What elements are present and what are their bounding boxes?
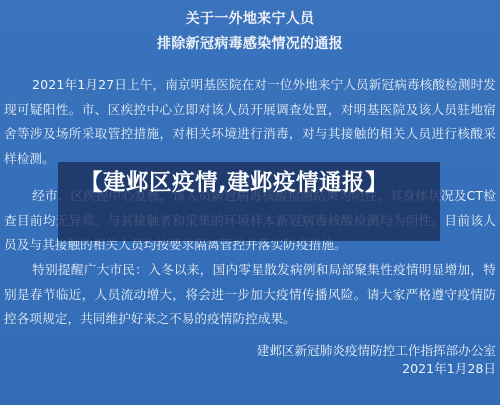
notice-paragraph-3: 特别提醒广大市民：入冬以来，国内零星散发病例和局部聚集性疫情明显增加，特别是春节…: [4, 258, 496, 332]
notice-title-line2: 排除新冠病毒感染情况的通报: [0, 33, 500, 53]
paragraph-text: 2021年1月27日上午，南京明基医院在对一位外地来宁人员新冠病毒核酸检测时发现…: [4, 77, 496, 166]
headline-overlay: 【建邺区疫情,建邺疫情通报】: [58, 162, 440, 241]
overlay-headline: 【建邺区疫情,建邺疫情通报】: [80, 167, 430, 199]
notice-paragraph-1: 2021年1月27日上午，南京明基医院在对一位外地来宁人员新冠病毒核酸检测时发现…: [4, 73, 496, 171]
signature-date: 2021年1月28日: [402, 358, 496, 377]
notice-title-line1: 关于一外地来宁人员: [0, 8, 500, 28]
paragraph-text: 特别提醒广大市民：入冬以来，国内零星散发病例和局部聚集性疫情明显增加，特别是春节…: [4, 262, 496, 326]
signature-organization: 建邺区新冠肺炎疫情防控工作指挥部办公室: [257, 340, 496, 359]
